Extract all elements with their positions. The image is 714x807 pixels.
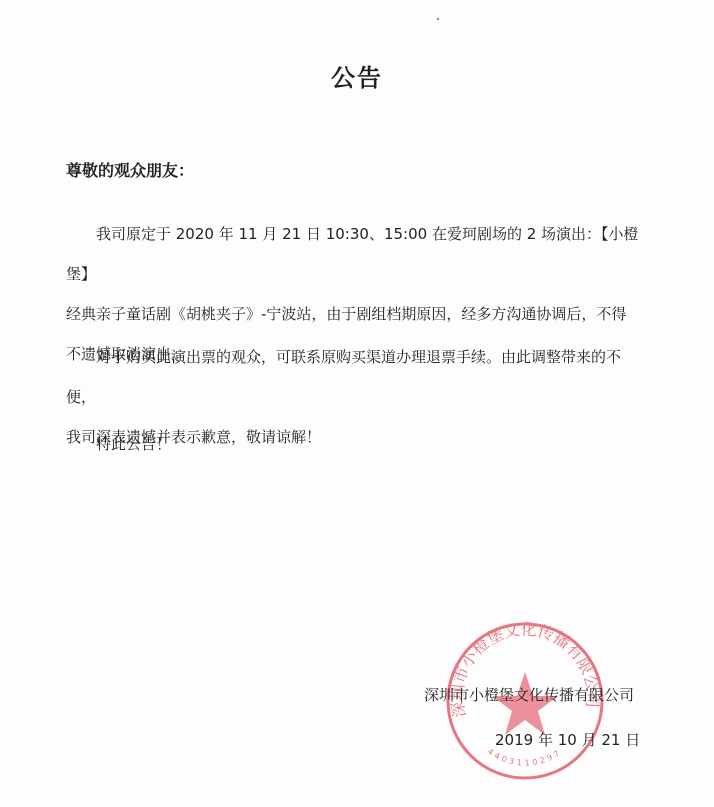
document-title: 公告 <box>0 58 714 93</box>
salutation: 尊敬的观众朋友： <box>66 158 194 181</box>
paragraph-line: 对于购买此演出票的观众，可联系原购买渠道办理退票手续。由此调整带来的不便， <box>66 337 646 417</box>
paragraph-closing: 特此公告！ <box>66 424 646 464</box>
paragraph-line: 我司原定于 2020 年 11 月 21 日 10:30、15:00 在爱珂剧场… <box>66 214 646 294</box>
scan-speck <box>437 18 439 20</box>
paragraph-line: 经典亲子童话剧《胡桃夹子》-宁波站，由于剧组档期原因，经多方沟通协调后，不得 <box>66 294 646 334</box>
paragraph-line: 特此公告！ <box>66 424 646 464</box>
signature-company: 深圳市小橙堡文化传播有限公司 <box>424 684 634 705</box>
signature-date: 2019 年 10 月 21 日 <box>495 729 640 750</box>
